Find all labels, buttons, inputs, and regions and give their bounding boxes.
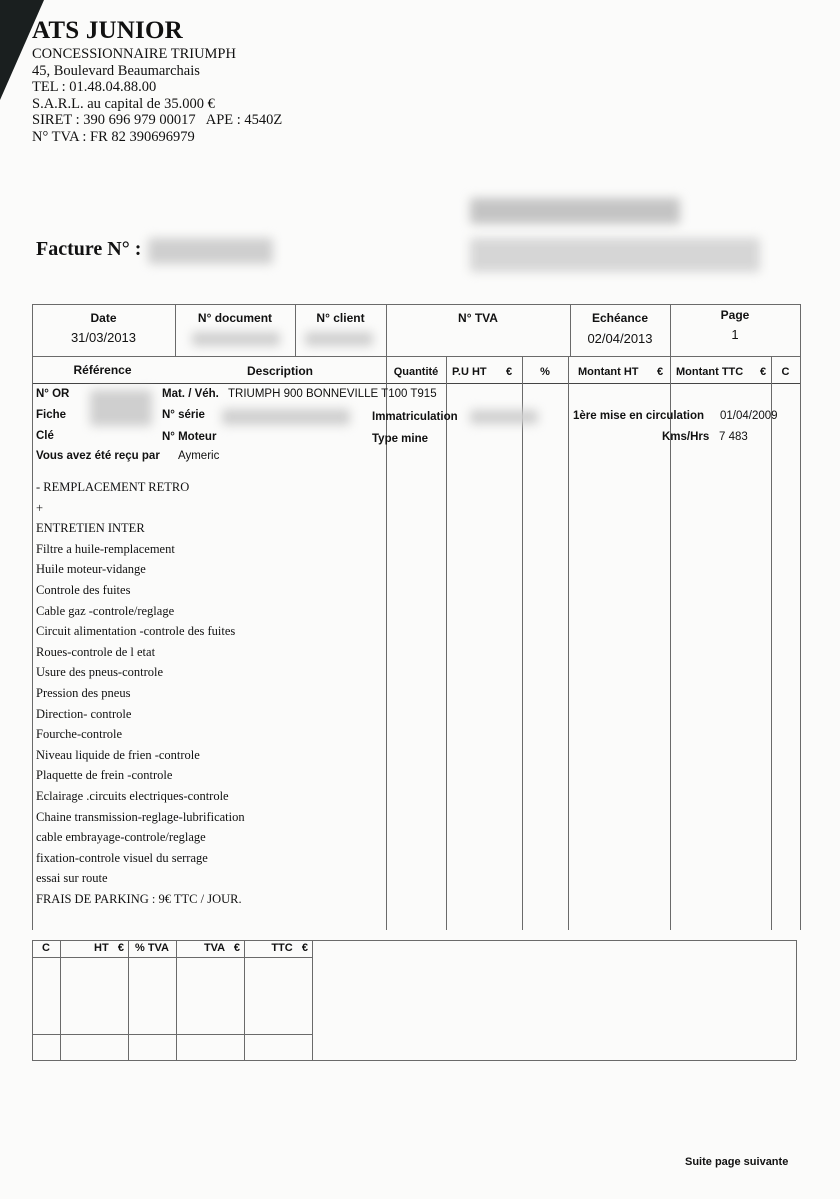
fiche-label: Fiche (36, 409, 66, 421)
company-name: ATS JUNIOR (32, 16, 282, 46)
service-line-item: Usure des pneus-controle (36, 665, 163, 680)
due-date-value: 02/04/2013 (570, 331, 670, 346)
service-line-item: Circuit alimentation -controle des fuite… (36, 624, 235, 639)
first-registration-value: 01/04/2009 (720, 410, 778, 422)
service-line-item: Niveau liquide de frien -controle (36, 748, 200, 763)
company-line: S.A.R.L. au capital de 35.000 € (32, 96, 282, 113)
tax-col-vat: TVA € (176, 942, 240, 954)
service-line-item: Filtre a huile-remplacement (36, 542, 175, 557)
col-amount-ttc: Montant TTC (676, 366, 743, 378)
service-line-item: + (36, 501, 43, 516)
col-quantity: Quantité (386, 366, 446, 378)
service-line-item: cable embrayage-controle/reglage (36, 830, 206, 845)
col-unit-price-currency: € (506, 366, 512, 378)
key-label: Clé (36, 430, 54, 442)
service-line-item: Roues-controle de l etat (36, 645, 155, 660)
mileage-label: Kms/Hrs (662, 431, 709, 443)
due-date-label: Echéance (570, 311, 670, 325)
service-line-item: - REMPLACEMENT RETRO (36, 480, 189, 495)
service-line-item: Controle des fuites (36, 583, 130, 598)
redacted-registration (470, 410, 538, 424)
col-percent: % (522, 366, 568, 378)
service-line-item: FRAIS DE PARKING : 9€ TTC / JOUR. (36, 892, 242, 907)
or-label: N° OR (36, 388, 69, 400)
mileage-value: 7 483 (719, 431, 748, 443)
redacted-doc-number (192, 332, 280, 346)
type-mine-label: Type mine (372, 433, 428, 445)
doc-number-label: N° document (175, 311, 295, 325)
col-amount-ttc-currency: € (760, 366, 766, 378)
service-line-item: Direction- controle (36, 707, 131, 722)
received-by-label: Vous avez été reçu par (36, 450, 160, 462)
service-line-item: Huile moteur-vidange (36, 562, 146, 577)
company-header: ATS JUNIOR CONCESSIONNAIRE TRIUMPH 45, B… (32, 16, 282, 145)
vat-number-label: N° TVA (386, 311, 570, 325)
company-line: TEL : 01.48.04.88.00 (32, 79, 282, 96)
tax-col-c: C (32, 942, 60, 954)
page-value: 1 (670, 327, 800, 342)
service-line-item: Plaquette de frein -controle (36, 768, 172, 783)
serial-label: N° série (162, 409, 205, 421)
service-line-item: essai sur route (36, 871, 108, 886)
service-line-item: Cable gaz -controle/reglage (36, 604, 174, 619)
redacted-invoice-number (148, 238, 273, 264)
company-line: 45, Boulevard Beaumarchais (32, 63, 282, 80)
service-line-item: Eclairage .circuits electriques-controle (36, 789, 229, 804)
tax-col-vat-rate: % TVA (128, 942, 176, 954)
date-value: 31/03/2013 (32, 330, 175, 345)
tax-col-ht: HT € (60, 942, 124, 954)
col-unit-price: P.U HT (452, 366, 487, 378)
col-c: C (771, 366, 800, 378)
continued-next-page: Suite page suivante (685, 1156, 788, 1168)
service-line-item: Fourche-controle (36, 727, 122, 742)
col-description: Description (175, 364, 385, 378)
vehicle-value: TRIUMPH 900 BONNEVILLE T100 T915 (228, 388, 437, 400)
redacted-customer-name (470, 198, 680, 224)
redacted-serial-number (222, 409, 350, 425)
invoice-title: Facture N° : (36, 238, 141, 261)
redacted-or-number (90, 390, 152, 426)
col-reference: Référence (40, 363, 165, 377)
redacted-client-number (305, 332, 373, 346)
tax-col-ttc: TTC € (244, 942, 308, 954)
first-registration-label: 1ère mise en circulation (573, 410, 704, 422)
company-line: CONCESSIONNAIRE TRIUMPH (32, 46, 282, 63)
col-amount-ht-currency: € (657, 366, 663, 378)
company-line: N° TVA : FR 82 390696979 (32, 129, 282, 146)
received-by-value: Aymeric (178, 450, 219, 462)
service-line-item: Chaine transmission-reglage-lubrificatio… (36, 810, 245, 825)
engine-number-label: N° Moteur (162, 431, 216, 443)
service-line-item: ENTRETIEN INTER (36, 521, 145, 536)
company-line: SIRET : 390 696 979 00017 APE : 4540Z (32, 112, 282, 129)
col-amount-ht: Montant HT (578, 366, 638, 378)
service-line-item: fixation-controle visuel du serrage (36, 851, 208, 866)
page-label: Page (670, 308, 800, 322)
vehicle-label: Mat. / Véh. (162, 388, 219, 400)
client-number-label: N° client (295, 311, 386, 325)
registration-label: Immatriculation (372, 411, 458, 423)
service-line-item: Pression des pneus (36, 686, 130, 701)
date-label: Date (32, 311, 175, 325)
redacted-customer-address (470, 238, 760, 272)
